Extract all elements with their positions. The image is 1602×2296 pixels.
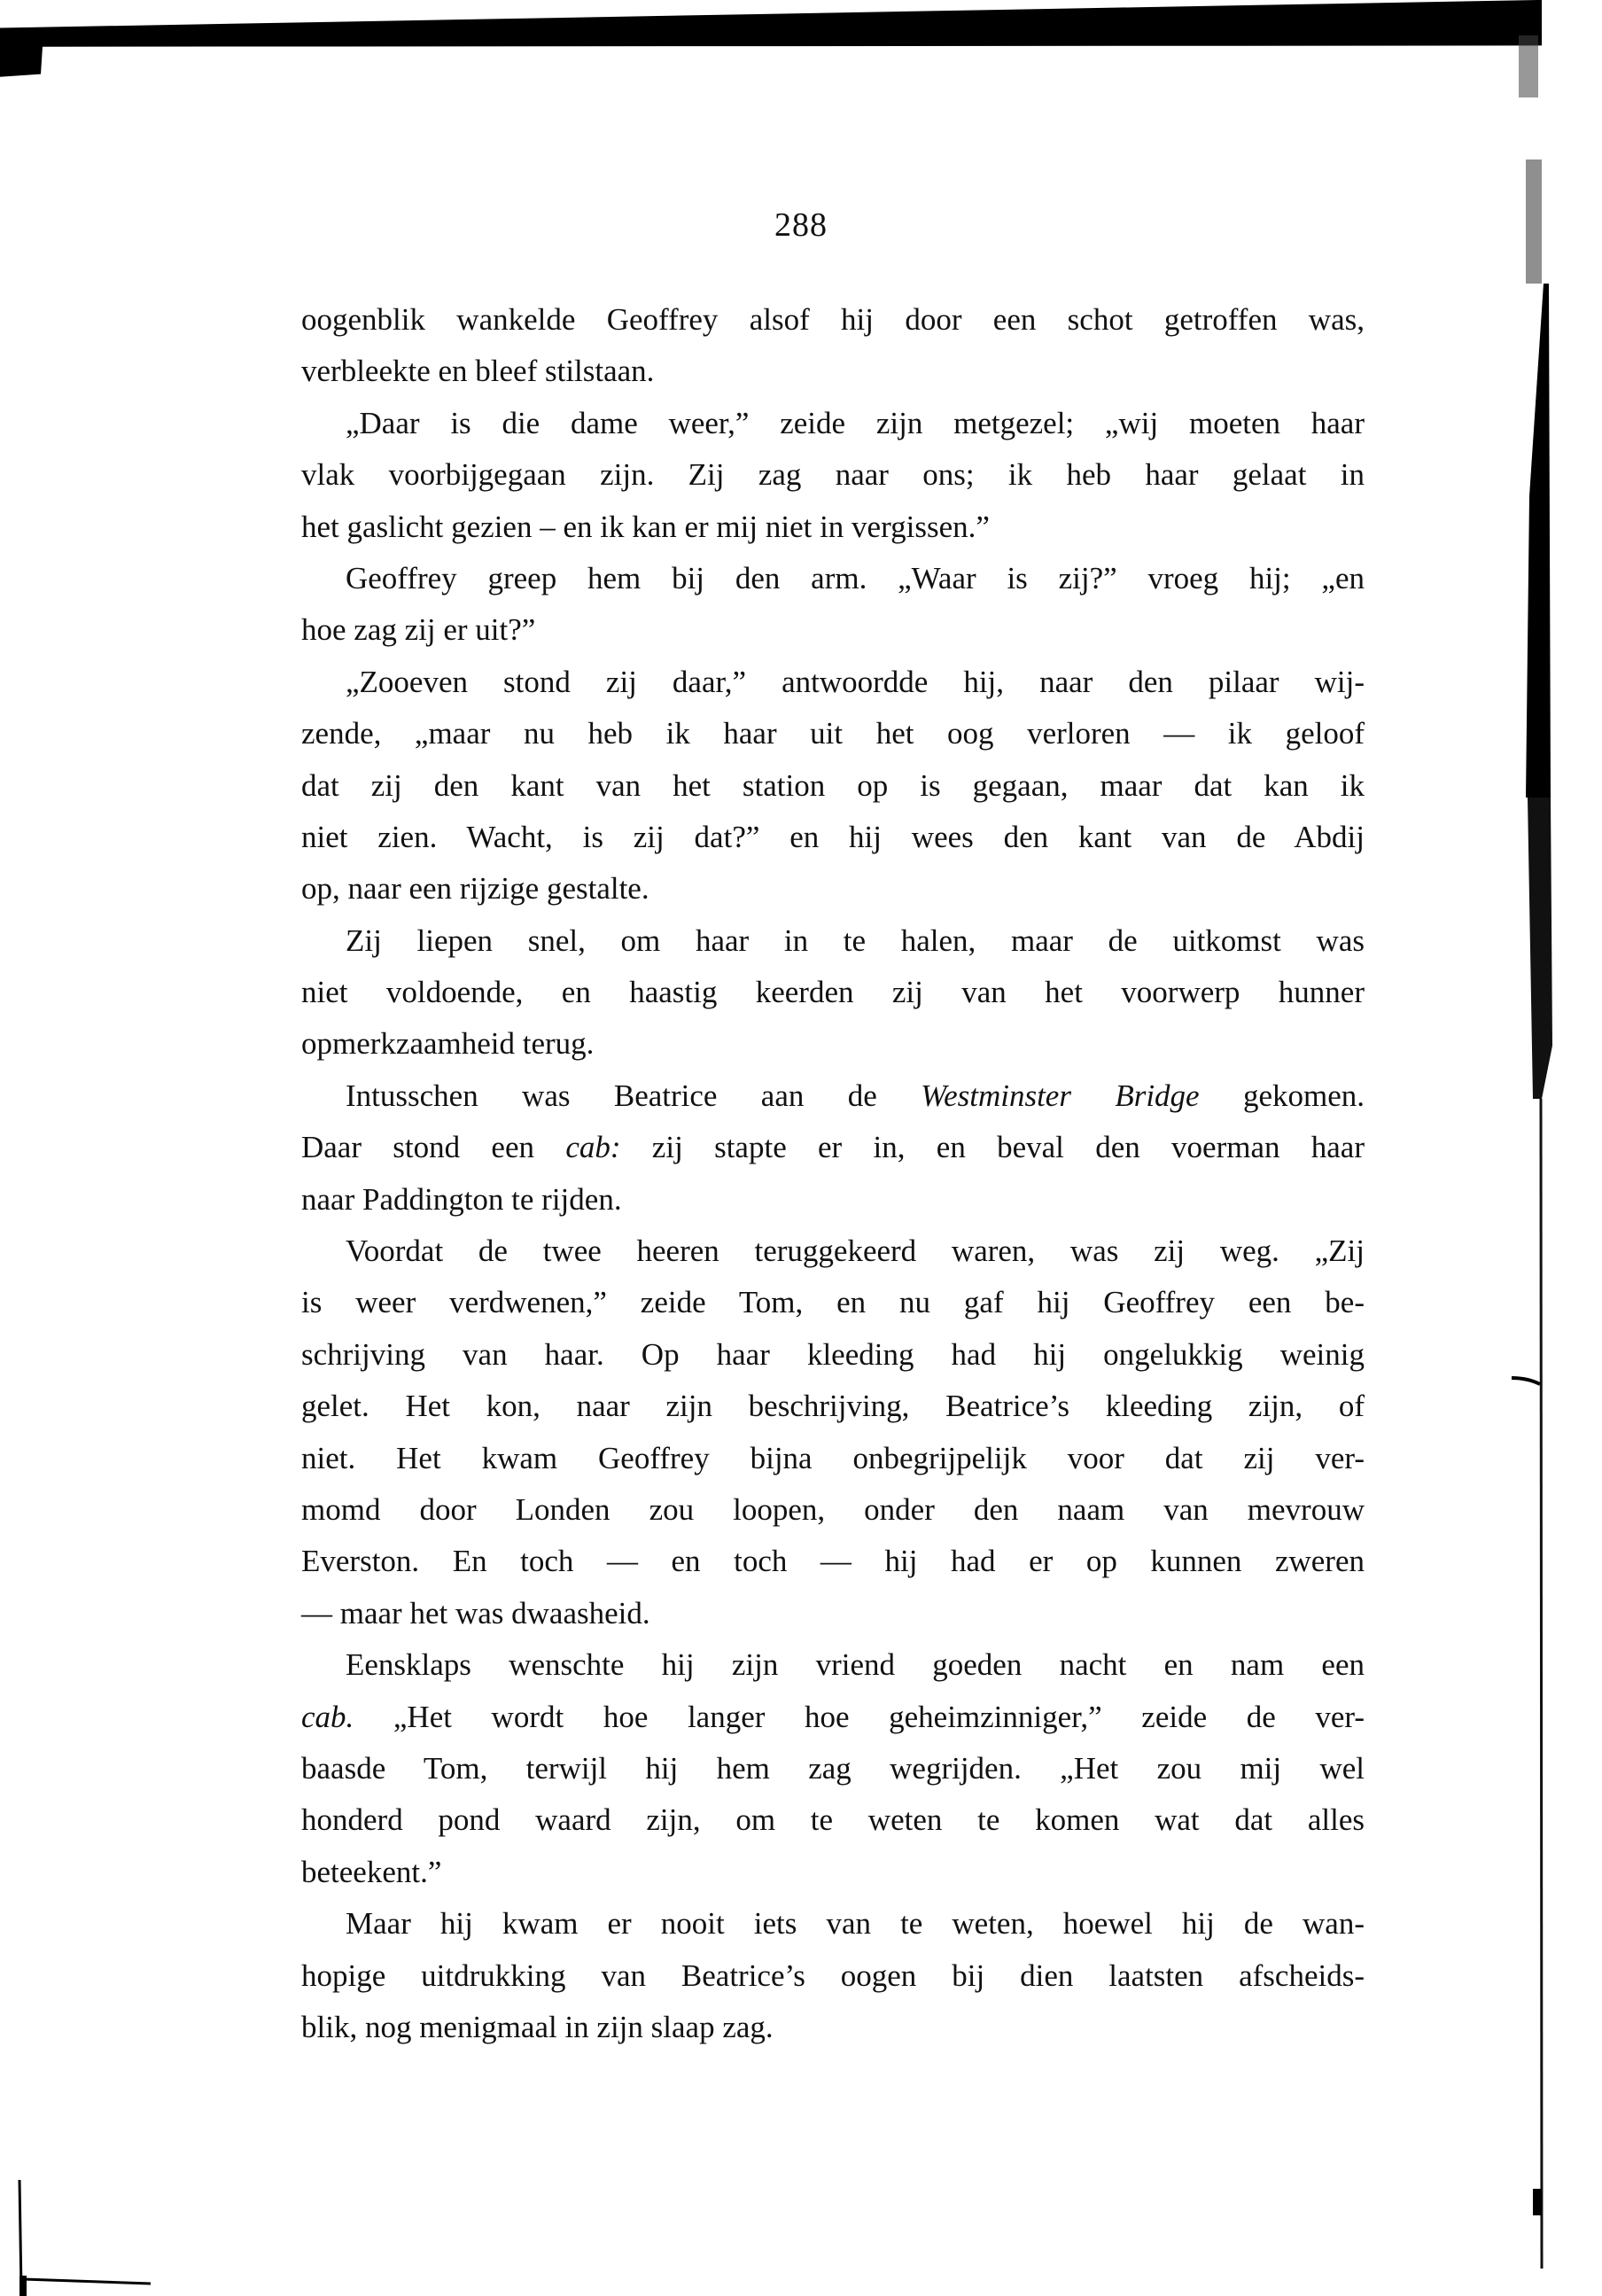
- text-line: — maar het was dwaasheid.: [301, 1588, 1365, 1639]
- page-number: 288: [0, 206, 1602, 245]
- text-line: niet zien. Wacht, is zij dat?” en hij we…: [301, 812, 1365, 863]
- text-line: schrijving van haar. Op haar kleeding ha…: [301, 1329, 1365, 1381]
- text-line: cab. „Het wordt hoe langer hoe geheimzin…: [301, 1692, 1365, 1743]
- text-line: „Zooeven stond zij daar,” antwoordde hij…: [301, 657, 1365, 708]
- text-line: verbleekte en bleef stilstaan.: [301, 346, 1365, 397]
- text-line: op, naar een rijzige gestalte.: [301, 863, 1365, 915]
- text-line: dat zij den kant van het station op is g…: [301, 760, 1365, 812]
- scan-border-top: [0, 0, 1546, 80]
- text-line: niet voldoende, en haastig keerden zij v…: [301, 967, 1365, 1018]
- text-line: honderd pond waard zijn, om te weten te …: [301, 1794, 1365, 1846]
- text-line: opmerkzaamheid terug.: [301, 1018, 1365, 1070]
- text-line: blik, nog menigmaal in zijn slaap zag.: [301, 2002, 1365, 2053]
- text-line: zende, „maar nu heb ik haar uit het oog …: [301, 708, 1365, 759]
- text-line: baasde Tom, terwijl hij hem zag wegrijde…: [301, 1743, 1365, 1794]
- body-text: oogenblik wankelde Geoffrey alsof hij do…: [301, 294, 1365, 2053]
- text-line: oogenblik wankelde Geoffrey alsof hij do…: [301, 294, 1365, 346]
- scan-border-bottom-left: [0, 2127, 532, 2296]
- text-line: Zij liepen snel, om haar in te halen, ma…: [301, 915, 1365, 967]
- text-line: Intusschen was Beatrice aan de Westminst…: [301, 1070, 1365, 1122]
- text-line: Voordat de twee heeren teruggekeerd ware…: [301, 1226, 1365, 1277]
- text-line: hopige uitdrukking van Beatrice’s oogen …: [301, 1950, 1365, 2002]
- text-line: beteekent.”: [301, 1847, 1365, 1898]
- text-line: Eensklaps wenschte hij zijn vriend goede…: [301, 1639, 1365, 1691]
- text-line: Daar stond een cab: zij stapte er in, en…: [301, 1122, 1365, 1173]
- text-line: Everston. En toch — en toch — hij had er…: [301, 1536, 1365, 1587]
- text-line: het gaslicht gezien – en ik kan er mij n…: [301, 502, 1365, 553]
- text-line: vlak voorbijgegaan zijn. Zij zag naar on…: [301, 449, 1365, 501]
- scan-border-right: [1506, 0, 1602, 2296]
- text-line: hoe zag zij er uit?”: [301, 604, 1365, 656]
- text-line: gelet. Het kon, naar zijn beschrijving, …: [301, 1381, 1365, 1432]
- text-line: Maar hij kwam er nooit iets van te weten…: [301, 1898, 1365, 1950]
- text-line: Geoffrey greep hem bij den arm. „Waar is…: [301, 553, 1365, 604]
- text-line: naar Paddington te rijden.: [301, 1174, 1365, 1226]
- text-line: is weer verdwenen,” zeide Tom, en nu gaf…: [301, 1277, 1365, 1328]
- text-line: momd door Londen zou loopen, onder den n…: [301, 1484, 1365, 1536]
- text-line: „Daar is die dame weer,” zeide zijn metg…: [301, 398, 1365, 449]
- text-line: niet. Het kwam Geoffrey bijna onbegrijpe…: [301, 1433, 1365, 1484]
